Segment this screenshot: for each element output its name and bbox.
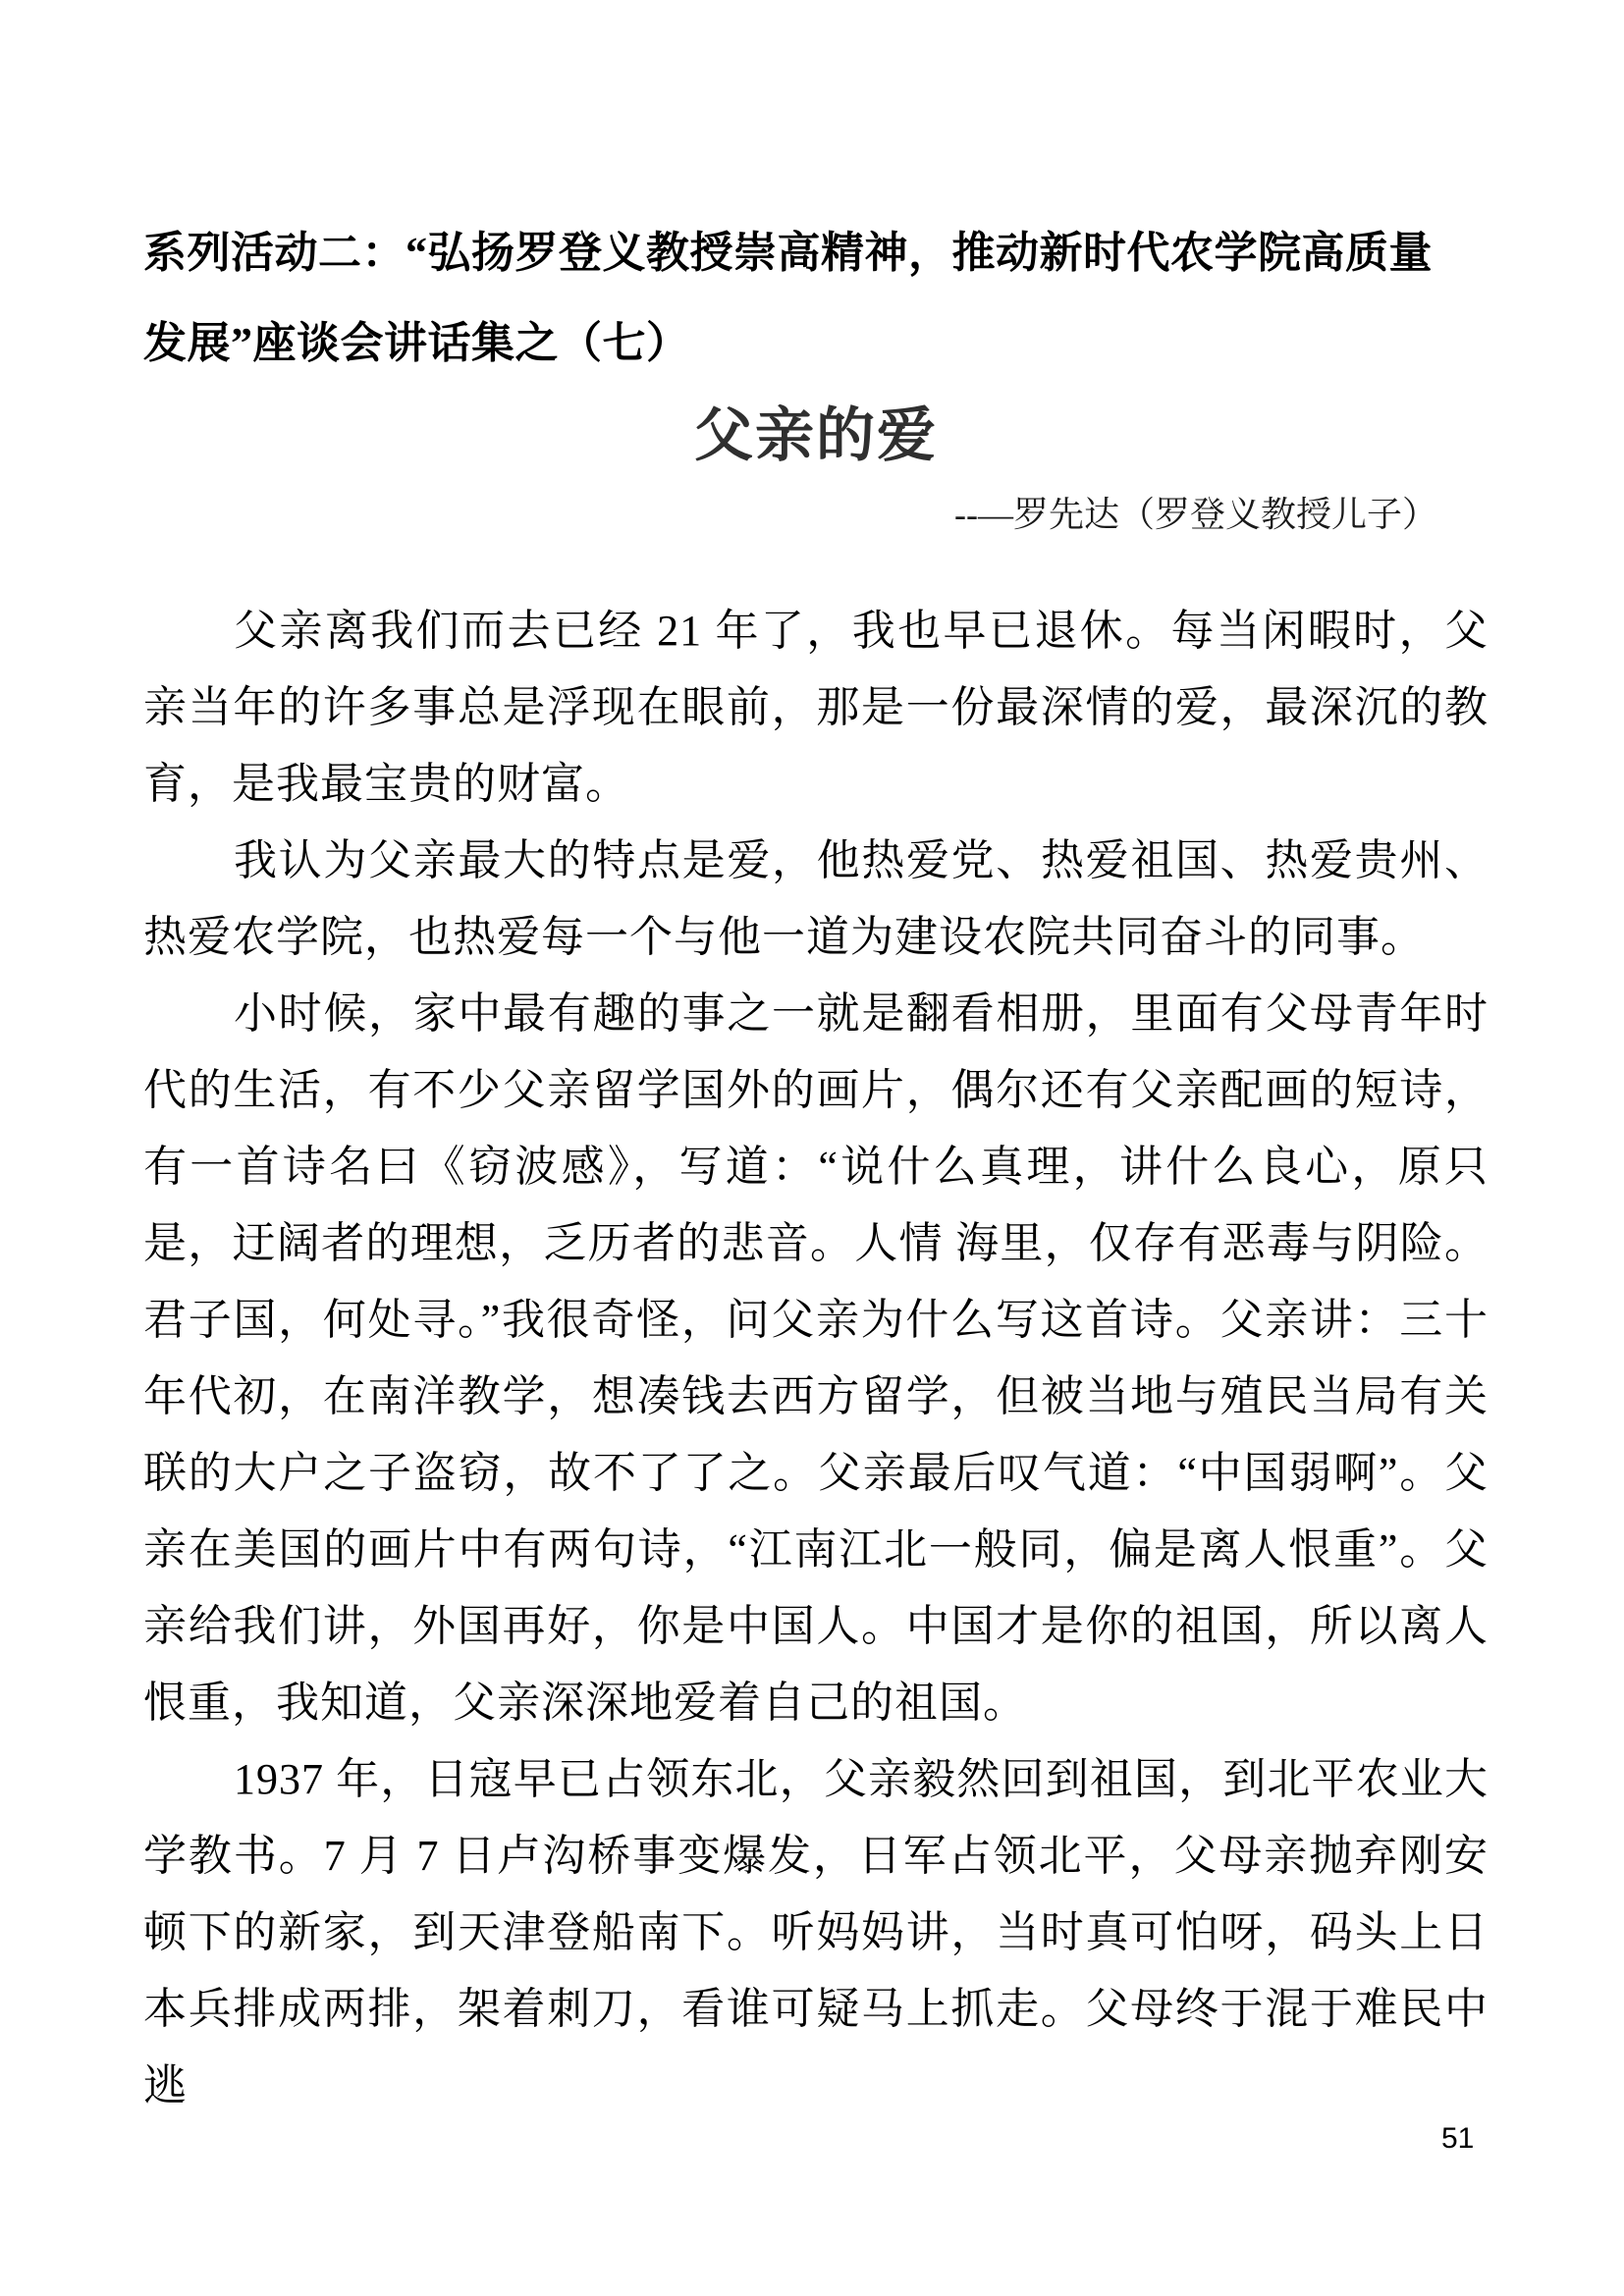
document-page: 系列活动二：“弘扬罗登义教授崇高精神，推动新时代农学院高质量 发展”座谈会讲话集… bbox=[0, 0, 1624, 2296]
byline: --—罗先达（罗登义教授儿子） bbox=[143, 487, 1489, 542]
series-header-line2: 发展”座谈会讲话集之（七） bbox=[143, 298, 1489, 389]
page-title: 父亲的爱 bbox=[143, 399, 1489, 473]
paragraph-4: 1937 年，日寇早已占领东北，父亲毅然回到祖国，到北平农业大学教书。7 月 7… bbox=[143, 1741, 1489, 2124]
article-body: 父亲离我们而去已经 21 年了，我也早已退休。每当闲暇时，父亲当年的许多事总是浮… bbox=[143, 593, 1489, 2124]
paragraph-3: 小时候，家中最有趣的事之一就是翻看相册，里面有父母青年时代的生活，有不少父亲留学… bbox=[143, 976, 1489, 1741]
page-number: 51 bbox=[1441, 2122, 1474, 2156]
series-header: 系列活动二：“弘扬罗登义教授崇高精神，推动新时代农学院高质量 发展”座谈会讲话集… bbox=[143, 208, 1489, 389]
paragraph-2: 我认为父亲最大的特点是爱，他热爱党、热爱祖国、热爱贵州、热爱农学院，也热爱每一个… bbox=[143, 823, 1489, 976]
series-header-line1: 系列活动二：“弘扬罗登义教授崇高精神，推动新时代农学院高质量 bbox=[143, 208, 1489, 298]
paragraph-1: 父亲离我们而去已经 21 年了，我也早已退休。每当闲暇时，父亲当年的许多事总是浮… bbox=[143, 593, 1489, 823]
page-content: 系列活动二：“弘扬罗登义教授崇高精神，推动新时代农学院高质量 发展”座谈会讲话集… bbox=[143, 208, 1489, 2124]
